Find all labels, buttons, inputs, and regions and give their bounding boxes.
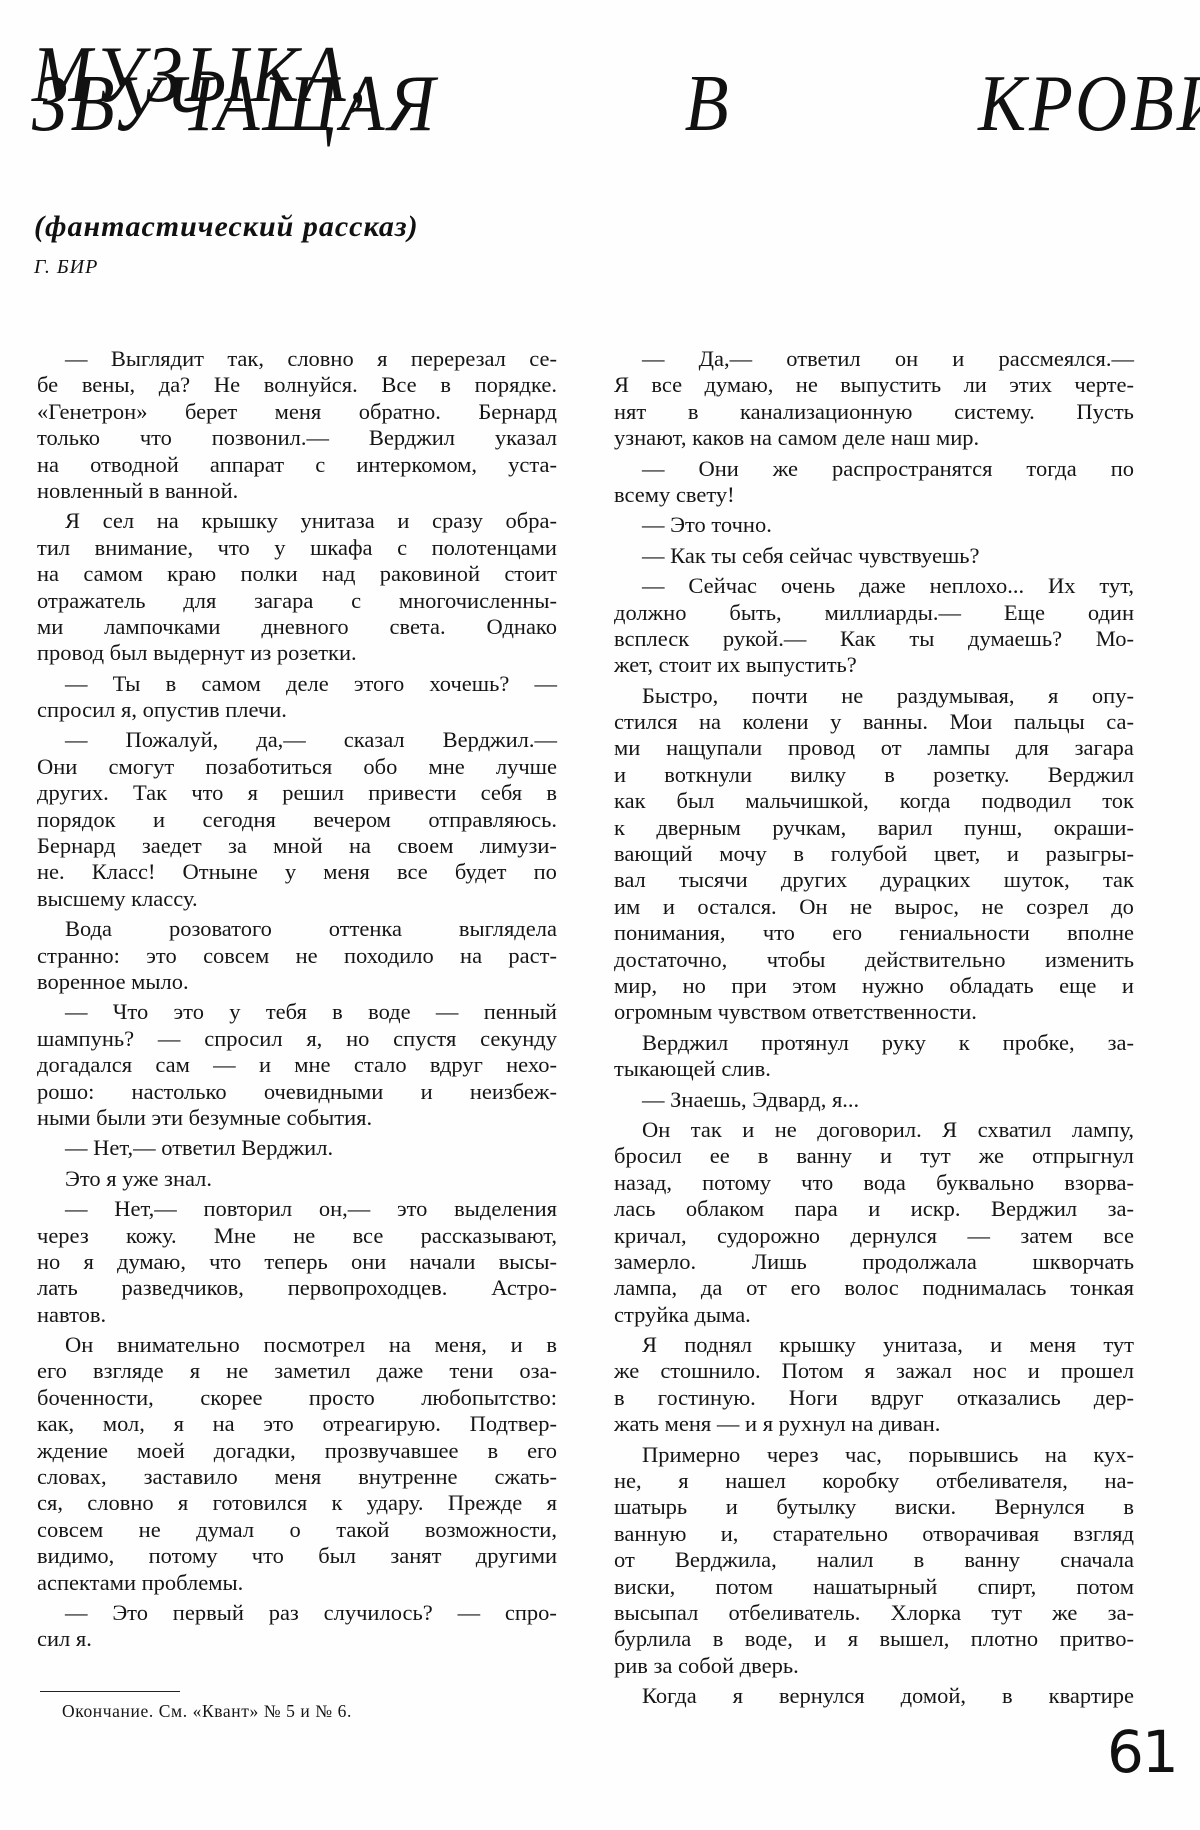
text-line: нятвканализационнуюсистему.Пусть <box>614 399 1134 425</box>
paragraph: — Как ты себя сейчас чувствуешь? <box>614 543 1134 569</box>
text-line: минащупалипроводотлампыдлязагара <box>614 735 1134 761</box>
text-line: —Этопервыйразслучилось?—спро- <box>37 1600 557 1626</box>
text-line: «Генетрон»беретменяобратно.Бернард <box>37 399 557 425</box>
text-line: мир,ноприэтомнужнообладатьещеи <box>614 973 1134 999</box>
text-line: —Сейчасоченьдаженеплохо...Ихтут, <box>614 573 1134 599</box>
magazine-page: МУЗЫКА, ЗВУЧАЩАЯВКРОВИ (фантастический р… <box>0 0 1200 1830</box>
text-line: бевены,да?Неволнуйся.Всевпорядке. <box>37 372 557 398</box>
paragraph: Яподнялкрышкуунитаза,именятутжестошнило.… <box>614 1332 1134 1438</box>
paragraph: —Чтоэтоутебявводе—пенныйшампунь?—спросил… <box>37 999 557 1131</box>
article-title: МУЗЫКА, ЗВУЧАЩАЯВКРОВИ <box>32 28 1200 87</box>
text-line: не,янашелкоробкуотбеливателя,на- <box>614 1468 1134 1494</box>
text-line: высыпалотбеливатель.Хлоркатутжеза- <box>614 1600 1134 1626</box>
text-line: черезкожу.Мненевсерассказывают, <box>37 1223 557 1249</box>
text-line: рив за собой дверь. <box>614 1653 1134 1679</box>
text-line: шампунь?—спросиля,носпустясекунду <box>37 1026 557 1052</box>
text-line: жестошнило.Потомязажалносипрошел <box>614 1358 1134 1384</box>
text-line: ждениемоейдогадки,прозвучавшеевего <box>37 1438 557 1464</box>
text-line: стилсянаколениуванны.Моипальцыса- <box>614 709 1134 735</box>
text-line: порядокисегоднявечеромотправляюсь. <box>37 807 557 833</box>
text-line: аспектами проблемы. <box>37 1570 557 1596</box>
text-line: других.Такчтоярешилпривестисебяв <box>37 780 557 806</box>
text-line: Онисмогутпозаботитьсяобомнелучше <box>37 754 557 780</box>
text-line: Онтакинедоговорил.Ясхватиллампу, <box>614 1117 1134 1143</box>
paragraph: Верджилпротянулрукукпробке,за-тыкающей с… <box>614 1030 1134 1083</box>
article-subtitle: (фантастический рассказ) <box>34 210 419 244</box>
text-line: —Чтоэтоутебявводе—пенный <box>37 999 557 1025</box>
text-line: всему свету! <box>614 482 1134 508</box>
text-line: ласьоблакомпараиискр.Верджилза- <box>614 1196 1134 1222</box>
text-line: еговзглядеянезаметилдажетениоза- <box>37 1358 557 1384</box>
text-line: лампа,даотеговолосподнималасьтонкая <box>614 1275 1134 1301</box>
paragraph: Онтакинедоговорил.Ясхватиллампу,бросилее… <box>614 1117 1134 1328</box>
text-line: ваннуюи,старательноотворачиваявзгляд <box>614 1521 1134 1547</box>
text-column-right: —Да,—ответилонирассмеялся.—Явседумаю,нев… <box>614 346 1134 1714</box>
text-line: толькочтопозвонил.—Верджилуказал <box>37 425 557 451</box>
text-line: Явседумаю,невыпуститьлиэтихчерте- <box>614 372 1134 398</box>
text-line: наотводнойаппаратсинтеркомом,уста- <box>37 452 557 478</box>
paragraph: Водарозоватогооттенкавыгляделастранно:эт… <box>37 916 557 995</box>
text-line: — Как ты себя сейчас чувствуешь? <box>614 543 1134 569</box>
text-line: сил я. <box>37 1626 557 1652</box>
text-line: вгостиную.Ногивдруготказалисьдер- <box>614 1385 1134 1411</box>
text-line: Верджилпротянулрукукпробке,за- <box>614 1030 1134 1056</box>
paragraph: —Этопервыйразслучилось?—спро-сил я. <box>37 1600 557 1653</box>
text-column-left: —Выглядиттак,словнояперерезалсе-бевены,д… <box>37 346 557 1657</box>
text-line: виски,потомнашатырныйспирт,потом <box>614 1574 1134 1600</box>
text-line: кричал,судорожнодернулся—затемвсе <box>614 1223 1134 1249</box>
text-line: —Да,—ответилонирассмеялся.— <box>614 346 1134 372</box>
text-line: насамомкраюполкинадраковинойстоит <box>37 561 557 587</box>
text-line: милампочкамидневногосвета.Однако <box>37 614 557 640</box>
text-line: ными были эти безумные события. <box>37 1105 557 1131</box>
text-line: струйка дыма. <box>614 1302 1134 1328</box>
text-line: огромным чувством ответственности. <box>614 999 1134 1025</box>
text-line: имиостался.Онневырос,несозрелдо <box>614 894 1134 920</box>
text-line: узнают, каков на самом деле наш мир. <box>614 425 1134 451</box>
footnote: Окончание. См. «Квант» № 5 и № 6. <box>62 1701 352 1722</box>
article-author: Г. БИР <box>34 256 98 279</box>
text-line: —Выглядиттак,словнояперерезалсе- <box>37 346 557 372</box>
text-line: Примерночерезчас,порывшисьнакух- <box>614 1442 1134 1468</box>
text-line: — Это точно. <box>614 512 1134 538</box>
text-line: бросилеевваннуитутжеотпрыгнул <box>614 1143 1134 1169</box>
text-line: —Пожалуй,да,—сказалВерджил.— <box>37 727 557 753</box>
text-line: жать меня — и я рухнул на диван. <box>614 1411 1134 1437</box>
text-line: назад,потомучтоводабуквальновзорва- <box>614 1170 1134 1196</box>
text-line: тыкающей слив. <box>614 1056 1134 1082</box>
text-line: совсемнедумалотакойвозможности, <box>37 1517 557 1543</box>
paragraph: —Да,—ответилонирассмеялся.—Явседумаю,нев… <box>614 346 1134 452</box>
text-line: замерло.Лишьпродолжалашкворчать <box>614 1249 1134 1275</box>
article-title-line-1: МУЗЫКА, <box>32 28 1200 58</box>
paragraph: — Это точно. <box>614 512 1134 538</box>
paragraph: — Знаешь, Эдвард, я... <box>614 1087 1134 1113</box>
text-line: Онвнимательнопосмотрелнаменя,ив <box>37 1332 557 1358</box>
text-line: —Нет,—повторилон,—этовыделения <box>37 1196 557 1222</box>
text-line: Быстро,почтинераздумывая,яопу- <box>614 683 1134 709</box>
paragraph: —Нет,—повторилон,—этовыделениячерезкожу.… <box>37 1196 557 1328</box>
text-line: какбылмальчишкой,когдаподводилток <box>614 788 1134 814</box>
paragraph: —Тывсамомделеэтогохочешь?—спросил я, опу… <box>37 671 557 724</box>
text-line: всплескрукой.—Кактыдумаешь?Мо- <box>614 626 1134 652</box>
text-line: — Знаешь, Эдвард, я... <box>614 1087 1134 1113</box>
text-line: Водарозоватогооттенкавыглядела <box>37 916 557 942</box>
text-line: видимо,потомучтобылзанятдругими <box>37 1543 557 1569</box>
paragraph: —Онижераспространятсятогдаповсему свету! <box>614 456 1134 509</box>
paragraph: — Нет,— ответил Верджил. <box>37 1135 557 1161</box>
text-line: провод был выдернут из розетки. <box>37 640 557 666</box>
text-line: Яподнялкрышкуунитаза,именятут <box>614 1332 1134 1358</box>
text-line: — Нет,— ответил Верджил. <box>37 1135 557 1161</box>
text-line: рошо:настолькоочевиднымиинеизбеж- <box>37 1079 557 1105</box>
paragraph: Онвнимательнопосмотрелнаменя,ивеговзгляд… <box>37 1332 557 1596</box>
text-line: ся,словнояготовилсякудару.Преждея <box>37 1490 557 1516</box>
text-line: боченности,скореепростолюбопытство: <box>37 1385 557 1411</box>
text-line: жет, стоит их выпустить? <box>614 652 1134 678</box>
text-line: Бернардзаедетзамнойнасвоемлимузи- <box>37 833 557 859</box>
paragraph: Когдаявернулсядомой,вквартире <box>614 1683 1134 1709</box>
text-line: отражательдлязагарасмногочисленны- <box>37 588 557 614</box>
text-line: Это я уже знал. <box>37 1166 557 1192</box>
text-line: спросил я, опустив плечи. <box>37 697 557 723</box>
text-line: ноядумаю,чтотеперьониначаливысы- <box>37 1249 557 1275</box>
text-line: ивоткнуливилкуврозетку.Верджил <box>614 762 1134 788</box>
text-line: как,мол,янаэтоотреагирую.Подтвер- <box>37 1411 557 1437</box>
text-line: догадалсясам—имнесталовдругнехо- <box>37 1052 557 1078</box>
text-line: странно:этосовсемнепоходилонараст- <box>37 943 557 969</box>
text-line: воренное мыло. <box>37 969 557 995</box>
text-line: должнобыть,миллиарды.—Ещеодин <box>614 600 1134 626</box>
text-line: отВерджила,налилвваннусначала <box>614 1547 1134 1573</box>
text-line: словах,заставиломенявнутреннесжать- <box>37 1464 557 1490</box>
paragraph: —Сейчасоченьдаженеплохо...Ихтут,должнобы… <box>614 573 1134 679</box>
paragraph: —Пожалуй,да,—сказалВерджил.—Онисмогутпоз… <box>37 727 557 912</box>
paragraph: Это я уже знал. <box>37 1166 557 1192</box>
footnote-divider <box>40 1691 180 1692</box>
text-line: Когдаявернулсядомой,вквартире <box>614 1683 1134 1709</box>
text-line: шатырьибутылкувиски.Вернулсяв <box>614 1494 1134 1520</box>
text-line: не.Класс!Отнынеуменявсебудетпо <box>37 859 557 885</box>
text-line: Яселнакрышкуунитазаисразуобра- <box>37 508 557 534</box>
page-number: 61 <box>1107 1722 1177 1782</box>
text-line: —Тывсамомделеэтогохочешь?— <box>37 671 557 697</box>
text-line: новленный в ванной. <box>37 478 557 504</box>
text-line: валтысячидругихдурацкихшуток,так <box>614 867 1134 893</box>
text-line: понимания,чтоегогениальностивполне <box>614 920 1134 946</box>
text-line: тилвнимание,чтоушкафасполотенцами <box>37 535 557 561</box>
text-line: достаточно,чтобыдействительноизменить <box>614 947 1134 973</box>
paragraph: Яселнакрышкуунитазаисразуобра-тилвнимани… <box>37 508 557 666</box>
text-line: бурлилавводе,иявышел,плотнопритво- <box>614 1626 1134 1652</box>
text-line: вающиймочувголубойцвет,иразыгры- <box>614 841 1134 867</box>
text-line: латьразведчиков,первопроходцев.Астро- <box>37 1275 557 1301</box>
text-line: высшему классу. <box>37 886 557 912</box>
text-line: —Онижераспространятсятогдапо <box>614 456 1134 482</box>
paragraph: Быстро,почтинераздумывая,яопу-стилсянако… <box>614 683 1134 1026</box>
text-line: кдвернымручкам,варилпунш,окраши- <box>614 815 1134 841</box>
paragraph: —Выглядиттак,словнояперерезалсе-бевены,д… <box>37 346 557 504</box>
paragraph: Примерночерезчас,порывшисьнакух-не,янаше… <box>614 1442 1134 1680</box>
text-line: навтов. <box>37 1302 557 1328</box>
article-title-line-2: ЗВУЧАЩАЯВКРОВИ <box>32 58 1200 88</box>
